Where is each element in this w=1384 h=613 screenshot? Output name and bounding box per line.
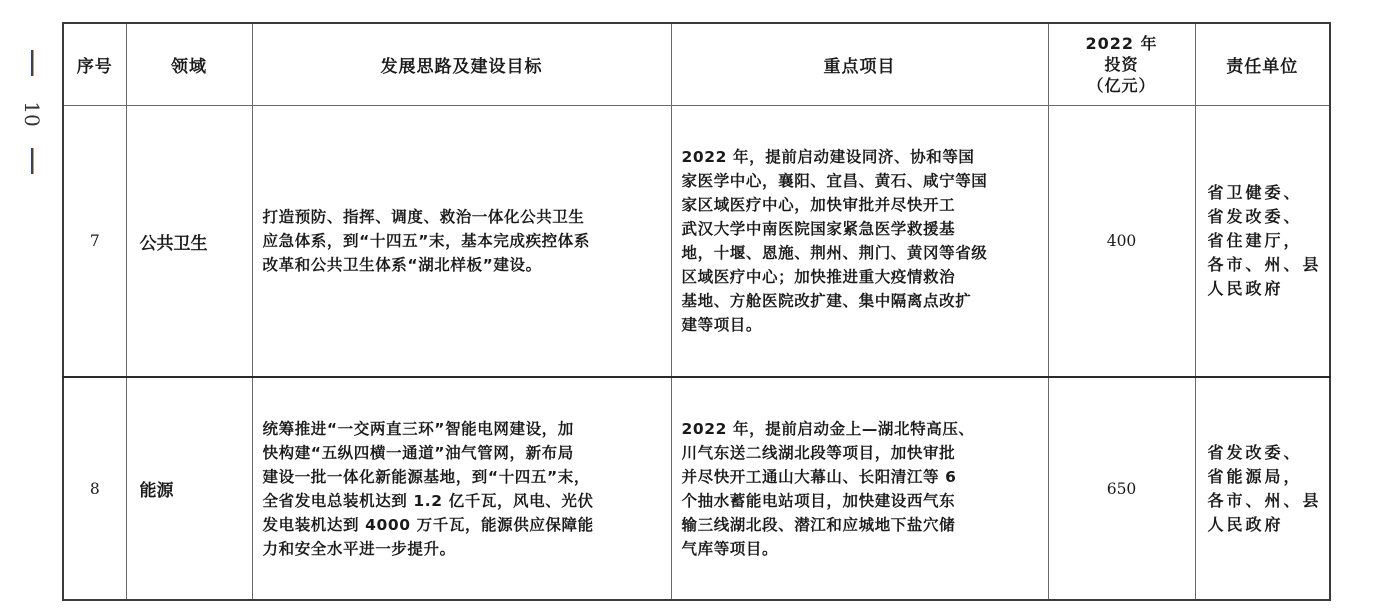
page-number-dash-bottom <box>31 148 33 174</box>
cell-goals: 打造预防、指挥、调度、救治一体化公共卫生 应急体系，到“十四五”末，基本完成疾控… <box>252 106 671 378</box>
cell-investment: 400 <box>1048 106 1195 378</box>
cell-responsible: 省卫健委、 省发改委、 省住建厅， 各市、州、县 人民政府 <box>1195 106 1330 378</box>
cell-field: 公共卫生 <box>126 106 252 378</box>
table-header-row: 序号 领域 发展思路及建设目标 重点项目 2022 年 投资 （亿元） 责任单位 <box>63 23 1330 106</box>
cell-goals: 统筹推进“一交两直三环”智能电网建设，加 快构建“五纵四横一通道”油气管网，新布… <box>252 377 671 600</box>
header-investment: 2022 年 投资 （亿元） <box>1048 23 1195 106</box>
header-projects: 重点项目 <box>671 23 1048 106</box>
cell-projects: 2022 年，提前启动建设同济、协和等国 家医学中心，襄阳、宜昌、黄石、咸宁等国… <box>671 106 1048 378</box>
project-plan-table: 序号 领域 发展思路及建设目标 重点项目 2022 年 投资 （亿元） 责任单位… <box>62 22 1331 601</box>
cell-seq: 8 <box>63 377 126 600</box>
cell-investment: 650 <box>1048 377 1195 600</box>
header-seq: 序号 <box>63 23 126 106</box>
page-number-dash-top <box>31 50 33 76</box>
cell-responsible: 省发改委、 省能源局， 各市、州、县 人民政府 <box>1195 377 1330 600</box>
table-row: 8 能源 统筹推进“一交两直三环”智能电网建设，加 快构建“五纵四横一通道”油气… <box>63 377 1330 600</box>
table-row: 7 公共卫生 打造预防、指挥、调度、救治一体化公共卫生 应急体系，到“十四五”末… <box>63 106 1330 378</box>
header-field: 领域 <box>126 23 252 106</box>
cell-field: 能源 <box>126 377 252 600</box>
header-responsible: 责任单位 <box>1195 23 1330 106</box>
cell-seq: 7 <box>63 106 126 378</box>
page-number: 10 <box>20 94 44 134</box>
cell-projects: 2022 年，提前启动金上—湖北特高压、 川气东送二线湖北段等项目，加快审批 并… <box>671 377 1048 600</box>
page-number-marker: 10 <box>8 48 48 178</box>
header-goals: 发展思路及建设目标 <box>252 23 671 106</box>
